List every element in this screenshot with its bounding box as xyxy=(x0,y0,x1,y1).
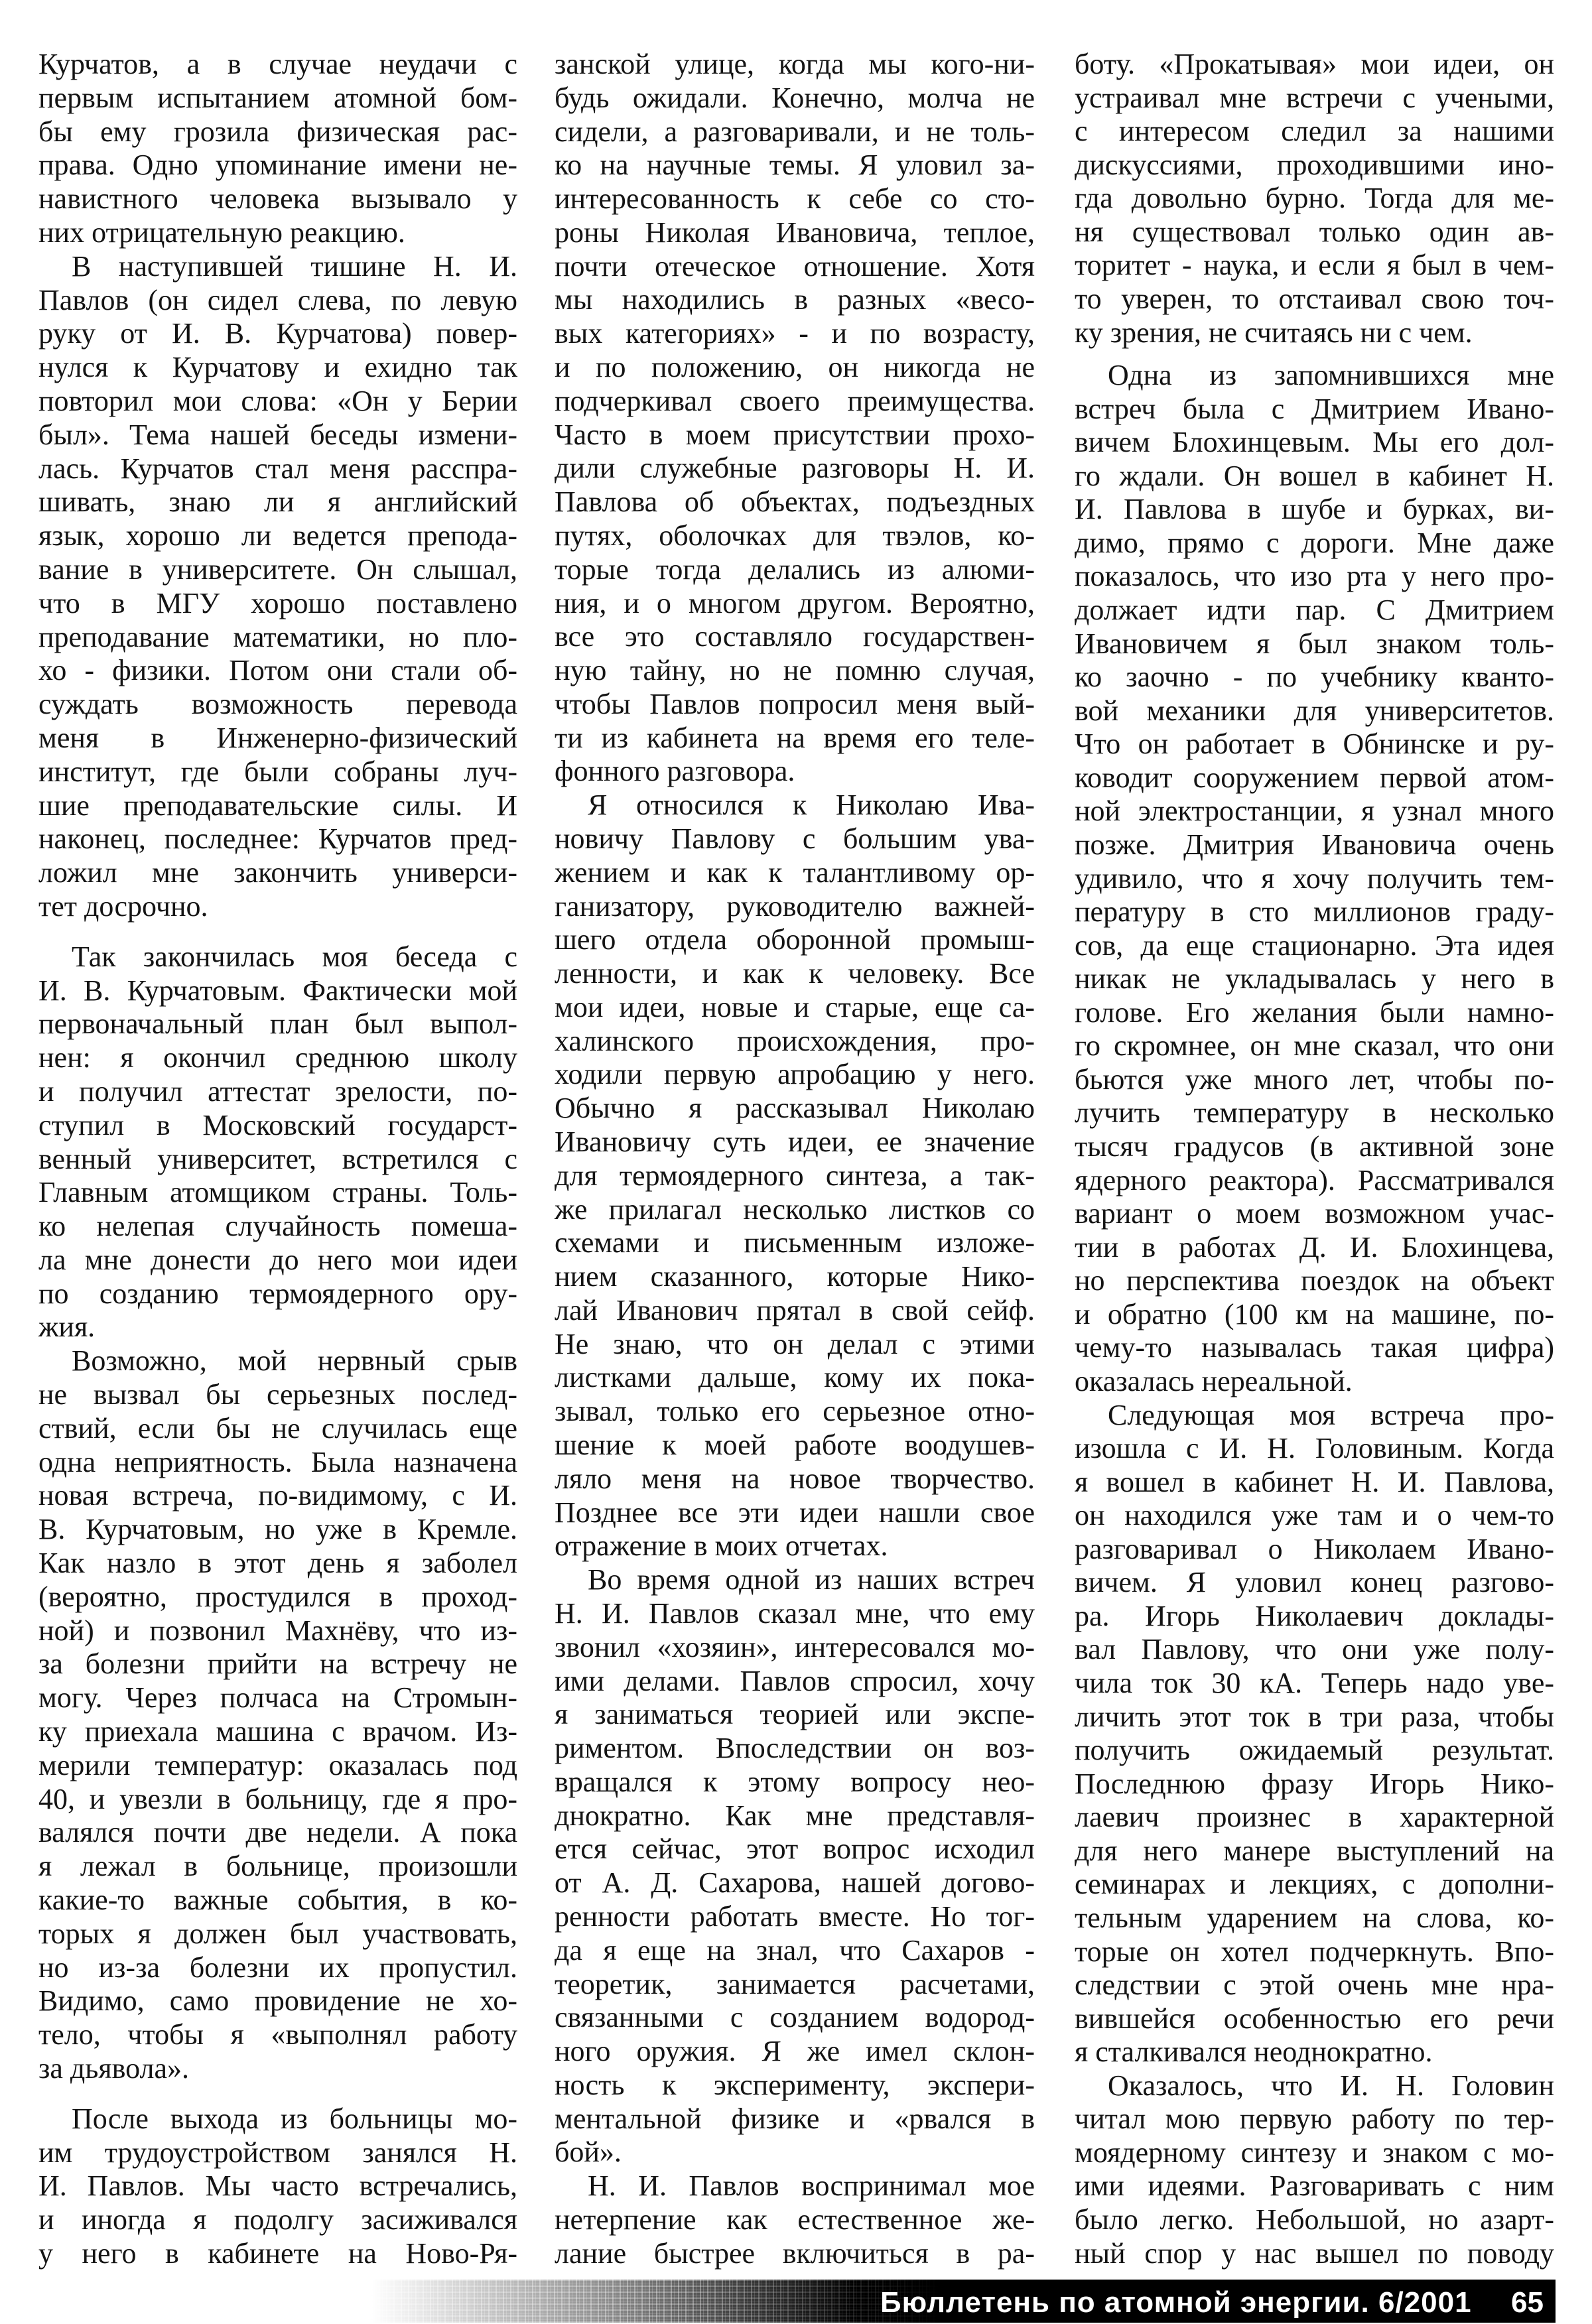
text-line: В наступившей тишине Н. И. xyxy=(38,250,517,284)
text-line: руку от И. В. Курчатова) повер- xyxy=(38,317,517,351)
text-line: Позднее все эти идеи нашли свое xyxy=(555,1496,1035,1530)
text-line: тело, чтобы я «выполнял работу xyxy=(38,2018,517,2052)
text-line: ется сейчас, этот вопрос исходил xyxy=(555,1833,1035,1866)
text-line: за болезни прийти на встречу не xyxy=(38,1647,517,1681)
paragraph: боту. «Прокатывая» мои идеи, онустраивал… xyxy=(1075,48,1554,350)
text-line: ими идеями. Разговаривать с ним xyxy=(1075,2169,1554,2203)
text-line: валялся почти две недели. А пока xyxy=(38,1816,517,1850)
text-line: я сталкивался неоднократно. xyxy=(1075,2035,1554,2069)
text-line: я вошел в кабинет Н. И. Павлова, xyxy=(1075,1466,1554,1500)
text-line: изошла с И. Н. Головиным. Когда xyxy=(1075,1432,1554,1466)
text-line: читал мою первую работу по тер- xyxy=(1075,2102,1554,2136)
text-line: торые он хотел подчеркнуть. Впо- xyxy=(1075,1935,1554,1969)
text-line: новичу Павлову с большим ува- xyxy=(555,822,1035,856)
text-line: наконец, последнее: Курчатов пред- xyxy=(38,822,517,856)
text-line: и получил аттестат зрелости, по- xyxy=(38,1075,517,1109)
text-line: ти из кабинета на время его теле- xyxy=(555,722,1035,755)
paragraph: Во время одной из наших встречН. И. Павл… xyxy=(555,1563,1035,2169)
paragraph: Курчатов, а в случае неудачи спервым исп… xyxy=(38,48,517,250)
text-line: лай Иванович прятал в свой сейф. xyxy=(555,1294,1035,1328)
text-line: ной) и позвонил Махнёву, что из- xyxy=(38,1614,517,1648)
text-line: Н. И. Павлов сказал мне, что ему xyxy=(555,1597,1035,1631)
text-line: от А. Д. Сахарова, нашей догово- xyxy=(555,1866,1035,1900)
text-line: димо, прямо с дороги. Мне даже xyxy=(1075,527,1554,560)
text-line: и иногда я подолгу засиживался xyxy=(38,2203,517,2237)
text-line: ленности, и как к человеку. Все xyxy=(555,957,1035,991)
text-line: боту. «Прокатывая» мои идеи, он xyxy=(1075,48,1554,82)
text-line: роны Николая Ивановича, теплое, xyxy=(555,216,1035,250)
text-line: Обычно я рассказывал Николаю xyxy=(555,1092,1035,1126)
text-line: личить этот ток в три раза, чтобы xyxy=(1075,1701,1554,1734)
text-line: Ивановичем я был знаком толь- xyxy=(1075,627,1554,661)
text-line: Ивановичу суть идеи, ее значение xyxy=(555,1126,1035,1159)
text-line: го скромнее, он мне сказал, что они xyxy=(1075,1029,1554,1063)
text-line: В. Курчатовым, но уже в Кремле. xyxy=(38,1513,517,1547)
text-line: лась. Курчатов стал меня расспра- xyxy=(38,452,517,486)
text-line: жением и как к талантливому ор- xyxy=(555,856,1035,890)
text-line: Так закончилась моя беседа с xyxy=(38,940,517,974)
text-line: голове. Его желания были намно- xyxy=(1075,996,1554,1030)
text-line: ра. Игорь Николаевич доклады- xyxy=(1075,1600,1554,1634)
text-line: меня в Инженерно-физический xyxy=(38,722,517,755)
text-line: занской улице, когда мы кого-ни- xyxy=(555,48,1035,82)
text-line: путях, оболочках для твэлов, ко- xyxy=(555,519,1035,553)
text-line: для него манере выступлений на xyxy=(1075,1835,1554,1868)
text-line: тельным ударением на слова, ко- xyxy=(1075,1902,1554,1935)
text-line: И. Павлов. Мы часто встречались, xyxy=(38,2169,517,2203)
text-column-2: занской улице, когда мы кого-ни-будь ожи… xyxy=(555,48,1035,2271)
text-line: могу. Через полчаса на Стромын- xyxy=(38,1681,517,1715)
text-line: Главным атомщиком страны. Толь- xyxy=(38,1176,517,1210)
text-line: все это составляло государствен- xyxy=(555,620,1035,654)
text-line: за дьявола». xyxy=(38,2052,517,2086)
text-line: ку зрения, не считаясь ни с чем. xyxy=(1075,316,1554,350)
text-line: Павлов (он сидел слева, по левую xyxy=(38,284,517,318)
text-line: ку приехала машина с врачом. Из- xyxy=(38,1715,517,1749)
text-line: сидели, а разговаривали, и не толь- xyxy=(555,115,1035,149)
text-line: хо - физики. Потом они стали об- xyxy=(38,654,517,688)
text-line: схемами и письменным изложе- xyxy=(555,1226,1035,1260)
text-line: дискуссиями, проходившими ино- xyxy=(1075,149,1554,182)
text-line: бы ему грозила физическая рас- xyxy=(38,115,517,149)
text-line: отражение в моих отчетах. xyxy=(555,1529,1035,1563)
text-line: не вызвал бы серьезных послед- xyxy=(38,1378,517,1412)
text-line: Оказалось, что И. Н. Головин xyxy=(1075,2069,1554,2103)
text-line: теоретик, занимается расчетами, xyxy=(555,1968,1035,2002)
text-line: какие-то важные события, в ко- xyxy=(38,1884,517,1917)
text-line: тии в работах Д. И. Блохинцева, xyxy=(1075,1231,1554,1265)
paragraph: В наступившей тишине Н. И.Павлов (он сид… xyxy=(38,250,517,924)
text-line: ядерного реактора). Рассматривался xyxy=(1075,1164,1554,1198)
text-line: им трудоустройством занялся Н. xyxy=(38,2136,517,2170)
text-line: Как назло в этот день я заболел xyxy=(38,1547,517,1581)
text-line: сов, да еще стационарно. Эта идея xyxy=(1075,929,1554,963)
text-line: встреч была с Дмитрием Ивано- xyxy=(1075,393,1554,426)
paragraph: Я относился к Николаю Ива-новичу Павлову… xyxy=(555,789,1035,1563)
text-line: вичем Блохинцевым. Мы его дол- xyxy=(1075,426,1554,460)
text-line: новая встреча, по-видимому, с И. xyxy=(38,1479,517,1513)
text-line: Часто в моем присутствии прохо- xyxy=(555,419,1035,452)
paragraph: Оказалось, что И. Н. Головинчитал мою пе… xyxy=(1075,2069,1554,2270)
text-line: них отрицательную реакцию. xyxy=(38,216,517,250)
text-line: ствий, если бы не случилась еще xyxy=(38,1412,517,1446)
paragraph: занской улице, когда мы кого-ни-будь ожи… xyxy=(555,48,1035,789)
text-line: ложил мне закончить универси- xyxy=(38,856,517,890)
text-line: листками дальше, кому их пока- xyxy=(555,1361,1035,1395)
text-line: (вероятно, простудился в проход- xyxy=(38,1581,517,1614)
text-line: ной электростанции, я узнал много xyxy=(1075,795,1554,828)
text-line: вичем. Я уловил конец разгово- xyxy=(1075,1566,1554,1600)
text-line: вившейся особенностью его речи xyxy=(1075,2002,1554,2036)
text-line: по созданию термоядерного ору- xyxy=(38,1277,517,1311)
text-line: тет досрочно. xyxy=(38,890,517,924)
text-line: связанными с созданием водород- xyxy=(555,2001,1035,2035)
text-line: Н. И. Павлов воспринимал мое xyxy=(555,2169,1035,2203)
text-line: и по положению, он никогда не xyxy=(555,351,1035,385)
text-line: будь ожидали. Конечно, молча не xyxy=(555,82,1035,115)
text-column-1: Курчатов, а в случае неудачи спервым исп… xyxy=(38,48,517,2271)
text-line: преподавание математики, но пло- xyxy=(38,621,517,655)
text-line: вариант о моем возможном учас- xyxy=(1075,1197,1554,1231)
text-line: И. В. Курчатовым. Фактически мой xyxy=(38,974,517,1008)
text-line: И. Павлова в шубе и бурках, ви- xyxy=(1075,493,1554,527)
magazine-page: Курчатов, а в случае неудачи спервым исп… xyxy=(0,0,1592,2324)
text-line: почти отеческое отношение. Хотя xyxy=(555,250,1035,284)
text-line: Видимо, само провидение не хо- xyxy=(38,1984,517,2018)
text-line: гда довольно бурно. Тогда для ме- xyxy=(1075,182,1554,216)
text-line: жия. xyxy=(38,1311,517,1344)
text-line: лучить температуру в несколько xyxy=(1075,1096,1554,1130)
text-line: вание в университете. Он слышал, xyxy=(38,553,517,587)
text-line: Последнюю фразу Игорь Нико- xyxy=(1075,1768,1554,1801)
paragraph: Так закончилась моя беседа сИ. В. Курчат… xyxy=(38,940,517,1345)
text-line: нен: я окончил среднюю школу xyxy=(38,1041,517,1075)
text-line: повторил мои слова: «Он у Берии xyxy=(38,385,517,419)
text-line: но перспектива поездок на объект xyxy=(1075,1264,1554,1298)
text-line: Курчатов, а в случае неудачи с xyxy=(38,48,517,82)
text-line: было легко. Небольшой, но азарт- xyxy=(1075,2203,1554,2237)
text-line: я лежал в больнице, произошли xyxy=(38,1850,517,1884)
text-line: ступил в Московский государст- xyxy=(38,1109,517,1143)
text-line: го ждали. Он вошел в кабинет Н. xyxy=(1075,460,1554,493)
text-line: зывал, только его серьезное отно- xyxy=(555,1395,1035,1429)
text-line: пературу в сто миллионов граду- xyxy=(1075,895,1554,929)
text-line: но из-за болезни их пропустил. xyxy=(38,1951,517,1985)
text-line: шие преподавательские силы. И xyxy=(38,789,517,823)
text-line: то уверен, то отстаивал свою точ- xyxy=(1075,283,1554,316)
text-line: для термоядерного синтеза, а так- xyxy=(555,1159,1035,1193)
text-line: интересованность к себе со сто- xyxy=(555,182,1035,216)
text-line: дили служебные разговоры Н. И. xyxy=(555,452,1035,485)
publication-title: Бюллетень по атомной энергии. 6/2001 xyxy=(880,2281,1472,2324)
text-line: и обратно (100 км на машине, по- xyxy=(1075,1298,1554,1332)
text-line: тысяч градусов (в активной зоне xyxy=(1075,1130,1554,1164)
text-line: права. Одно упоминание имени не- xyxy=(38,149,517,182)
text-line: Одна из запомнившихся мне xyxy=(1075,359,1554,393)
text-line: фонного разговора. xyxy=(555,755,1035,789)
text-line: ководит сооружением первой атом- xyxy=(1075,761,1554,795)
text-line: Во время одной из наших встреч xyxy=(555,1563,1035,1597)
text-line: торые тогда делались из алюми- xyxy=(555,553,1035,587)
text-line: мы находились в разных «весо- xyxy=(555,283,1035,317)
text-line: торитет - наука, и если я был в чем- xyxy=(1075,249,1554,283)
text-line: Следующая моя встреча про- xyxy=(1075,1399,1554,1433)
text-line: я заниматься теорией или экспе- xyxy=(555,1698,1035,1732)
paragraph: Возможно, мой нервный срывне вызвал бы с… xyxy=(38,1344,517,2086)
text-line: оказалась нереальной. xyxy=(1075,1365,1554,1399)
text-line: ния, и о многом другом. Вероятно, xyxy=(555,587,1035,621)
text-line: бьются уже много лет, чтобы по- xyxy=(1075,1063,1554,1097)
text-column-3: боту. «Прокатывая» мои идеи, онустраивал… xyxy=(1075,48,1554,2270)
text-line: чила ток 30 кА. Теперь надо уве- xyxy=(1075,1667,1554,1701)
text-line: подчеркивал своего преимущества. xyxy=(555,385,1035,419)
text-line: нулся к Курчатову и ехидно так xyxy=(38,351,517,385)
text-line: днократно. Как мне представля- xyxy=(555,1799,1035,1833)
text-line: получить ожидаемый результат. xyxy=(1075,1734,1554,1768)
text-line: удивило, что я хочу получить тем- xyxy=(1075,862,1554,896)
paragraph: Н. И. Павлов воспринимал моенетерпение к… xyxy=(555,2169,1035,2270)
text-line: ими делами. Павлов спросил, хочу xyxy=(555,1665,1035,1699)
text-line: венный университет, встретился с xyxy=(38,1143,517,1177)
text-line: Не знаю, что он делал с этими xyxy=(555,1328,1035,1362)
text-line: вых категориях» - и по возрасту, xyxy=(555,317,1035,351)
paragraph: После выхода из больницы мо-им трудоустр… xyxy=(38,2102,517,2271)
text-line: ганизатору, руководителю важней- xyxy=(555,890,1035,924)
text-line: нетерпение как естественное же- xyxy=(555,2203,1035,2237)
text-line: ный спор у нас вышел по поводу xyxy=(1075,2237,1554,2271)
text-line: ня существовал только один ав- xyxy=(1075,216,1554,249)
text-line: ного оружия. Я же имел склон- xyxy=(555,2035,1035,2069)
text-line: показалось, что изо рта у него про- xyxy=(1075,560,1554,594)
text-line: чтобы Павлов попросил меня вый- xyxy=(555,688,1035,722)
page-number: 65 xyxy=(1511,2281,1544,2324)
text-line: чему-то называлась такая цифра) xyxy=(1075,1331,1554,1365)
text-line: семинарах и лекциях, с дополни- xyxy=(1075,1868,1554,1902)
text-line: ко заочно - по учебнику кванто- xyxy=(1075,661,1554,694)
text-line: звонил «хозяин», интересовался мо- xyxy=(555,1631,1035,1665)
text-line: ментальной физике и «рвался в xyxy=(555,2102,1035,2136)
text-line: ность к эксперименту, экспери- xyxy=(555,2069,1035,2102)
text-line: ляло меня на новое творчество. xyxy=(555,1462,1035,1496)
text-line: После выхода из больницы мо- xyxy=(38,2102,517,2136)
text-line: лание быстрее включиться в ра- xyxy=(555,2237,1035,2271)
text-line: разговаривал о Николаем Ивано- xyxy=(1075,1533,1554,1567)
text-line: ко нелепая случайность помеша- xyxy=(38,1210,517,1244)
text-line: навистного человека вызывало у xyxy=(38,182,517,216)
text-line: Я относился к Николаю Ива- xyxy=(555,789,1035,822)
text-line: шего отдела оборонной промыш- xyxy=(555,923,1035,957)
text-line: с интересом следил за нашими xyxy=(1075,115,1554,149)
text-line: ную тайну, но не помню случая, xyxy=(555,654,1035,688)
text-line: был». Тема нашей беседы измени- xyxy=(38,419,517,452)
footer-halftone-texture xyxy=(371,2280,940,2323)
text-line: первоначальный план был выпол- xyxy=(38,1007,517,1041)
text-line: лаевич произнес в характерной xyxy=(1075,1801,1554,1835)
text-line: ренности работать вместе. Но тог- xyxy=(555,1900,1035,1934)
text-line: ко на научные темы. Я уловил за- xyxy=(555,149,1035,182)
footer-bar: Бюллетень по атомной энергии. 6/2001 65 xyxy=(371,2280,1556,2323)
text-line: суждать возможность перевода xyxy=(38,688,517,722)
text-line: никак не укладывалась у него в xyxy=(1075,962,1554,996)
text-line: бой». xyxy=(555,2136,1035,2169)
text-line: устраивал мне встречи с учеными, xyxy=(1075,82,1554,115)
text-line: да я еще на знал, что Сахаров - xyxy=(555,1934,1035,1968)
text-line: нием сказанного, которые Нико- xyxy=(555,1260,1035,1294)
text-line: риментом. Впоследствии он воз- xyxy=(555,1732,1035,1766)
text-line: 40, и увезли в больницу, где я про- xyxy=(38,1783,517,1817)
text-line: он находился уже там и о чем-то xyxy=(1075,1499,1554,1533)
paragraph: Одна из запомнившихся мневстреч была с Д… xyxy=(1075,359,1554,1398)
text-line: шение к моей работе воодушев- xyxy=(555,1429,1035,1462)
text-line: халинского происхождения, про- xyxy=(555,1025,1035,1059)
text-line: же прилагал несколько листков со xyxy=(555,1193,1035,1227)
text-line: первым испытанием атомной бом- xyxy=(38,82,517,115)
text-line: моядерному синтезу и знаком с мо- xyxy=(1075,2136,1554,2170)
text-line: вой механики для университетов. xyxy=(1075,694,1554,728)
text-line: мерили температур: оказалась под xyxy=(38,1749,517,1783)
text-line: язык, хорошо ли ведется препода- xyxy=(38,519,517,553)
text-line: институт, где были собраны луч- xyxy=(38,755,517,789)
text-line: вращался к этому вопросу нео- xyxy=(555,1766,1035,1799)
text-line: ходили первую апробацию у него. xyxy=(555,1058,1035,1092)
text-line: Павлова об объектах, подъездных xyxy=(555,485,1035,519)
text-line: у него в кабинете на Ново-Ря- xyxy=(38,2237,517,2271)
text-line: следствии с этой очень мне нра- xyxy=(1075,1969,1554,2002)
text-line: торых я должен был участвовать, xyxy=(38,1917,517,1951)
text-line: Что он работает в Обнинске и ру- xyxy=(1075,728,1554,761)
text-line: одна неприятность. Была назначена xyxy=(38,1446,517,1480)
text-line: шивать, знаю ли я английский xyxy=(38,485,517,519)
text-line: Возможно, мой нервный срыв xyxy=(38,1344,517,1378)
text-line: ла мне донести до него мои идеи xyxy=(38,1244,517,1277)
paragraph: Следующая моя встреча про-изошла с И. Н.… xyxy=(1075,1399,1554,2069)
text-line: мои идеи, новые и старые, еще са- xyxy=(555,991,1035,1025)
text-line: позже. Дмитрия Ивановича очень xyxy=(1075,828,1554,862)
text-line: должает идти пар. С Дмитрием xyxy=(1075,594,1554,627)
text-line: что в МГУ хорошо поставлено xyxy=(38,587,517,621)
text-line: вал Павлову, что они уже полу- xyxy=(1075,1633,1554,1667)
